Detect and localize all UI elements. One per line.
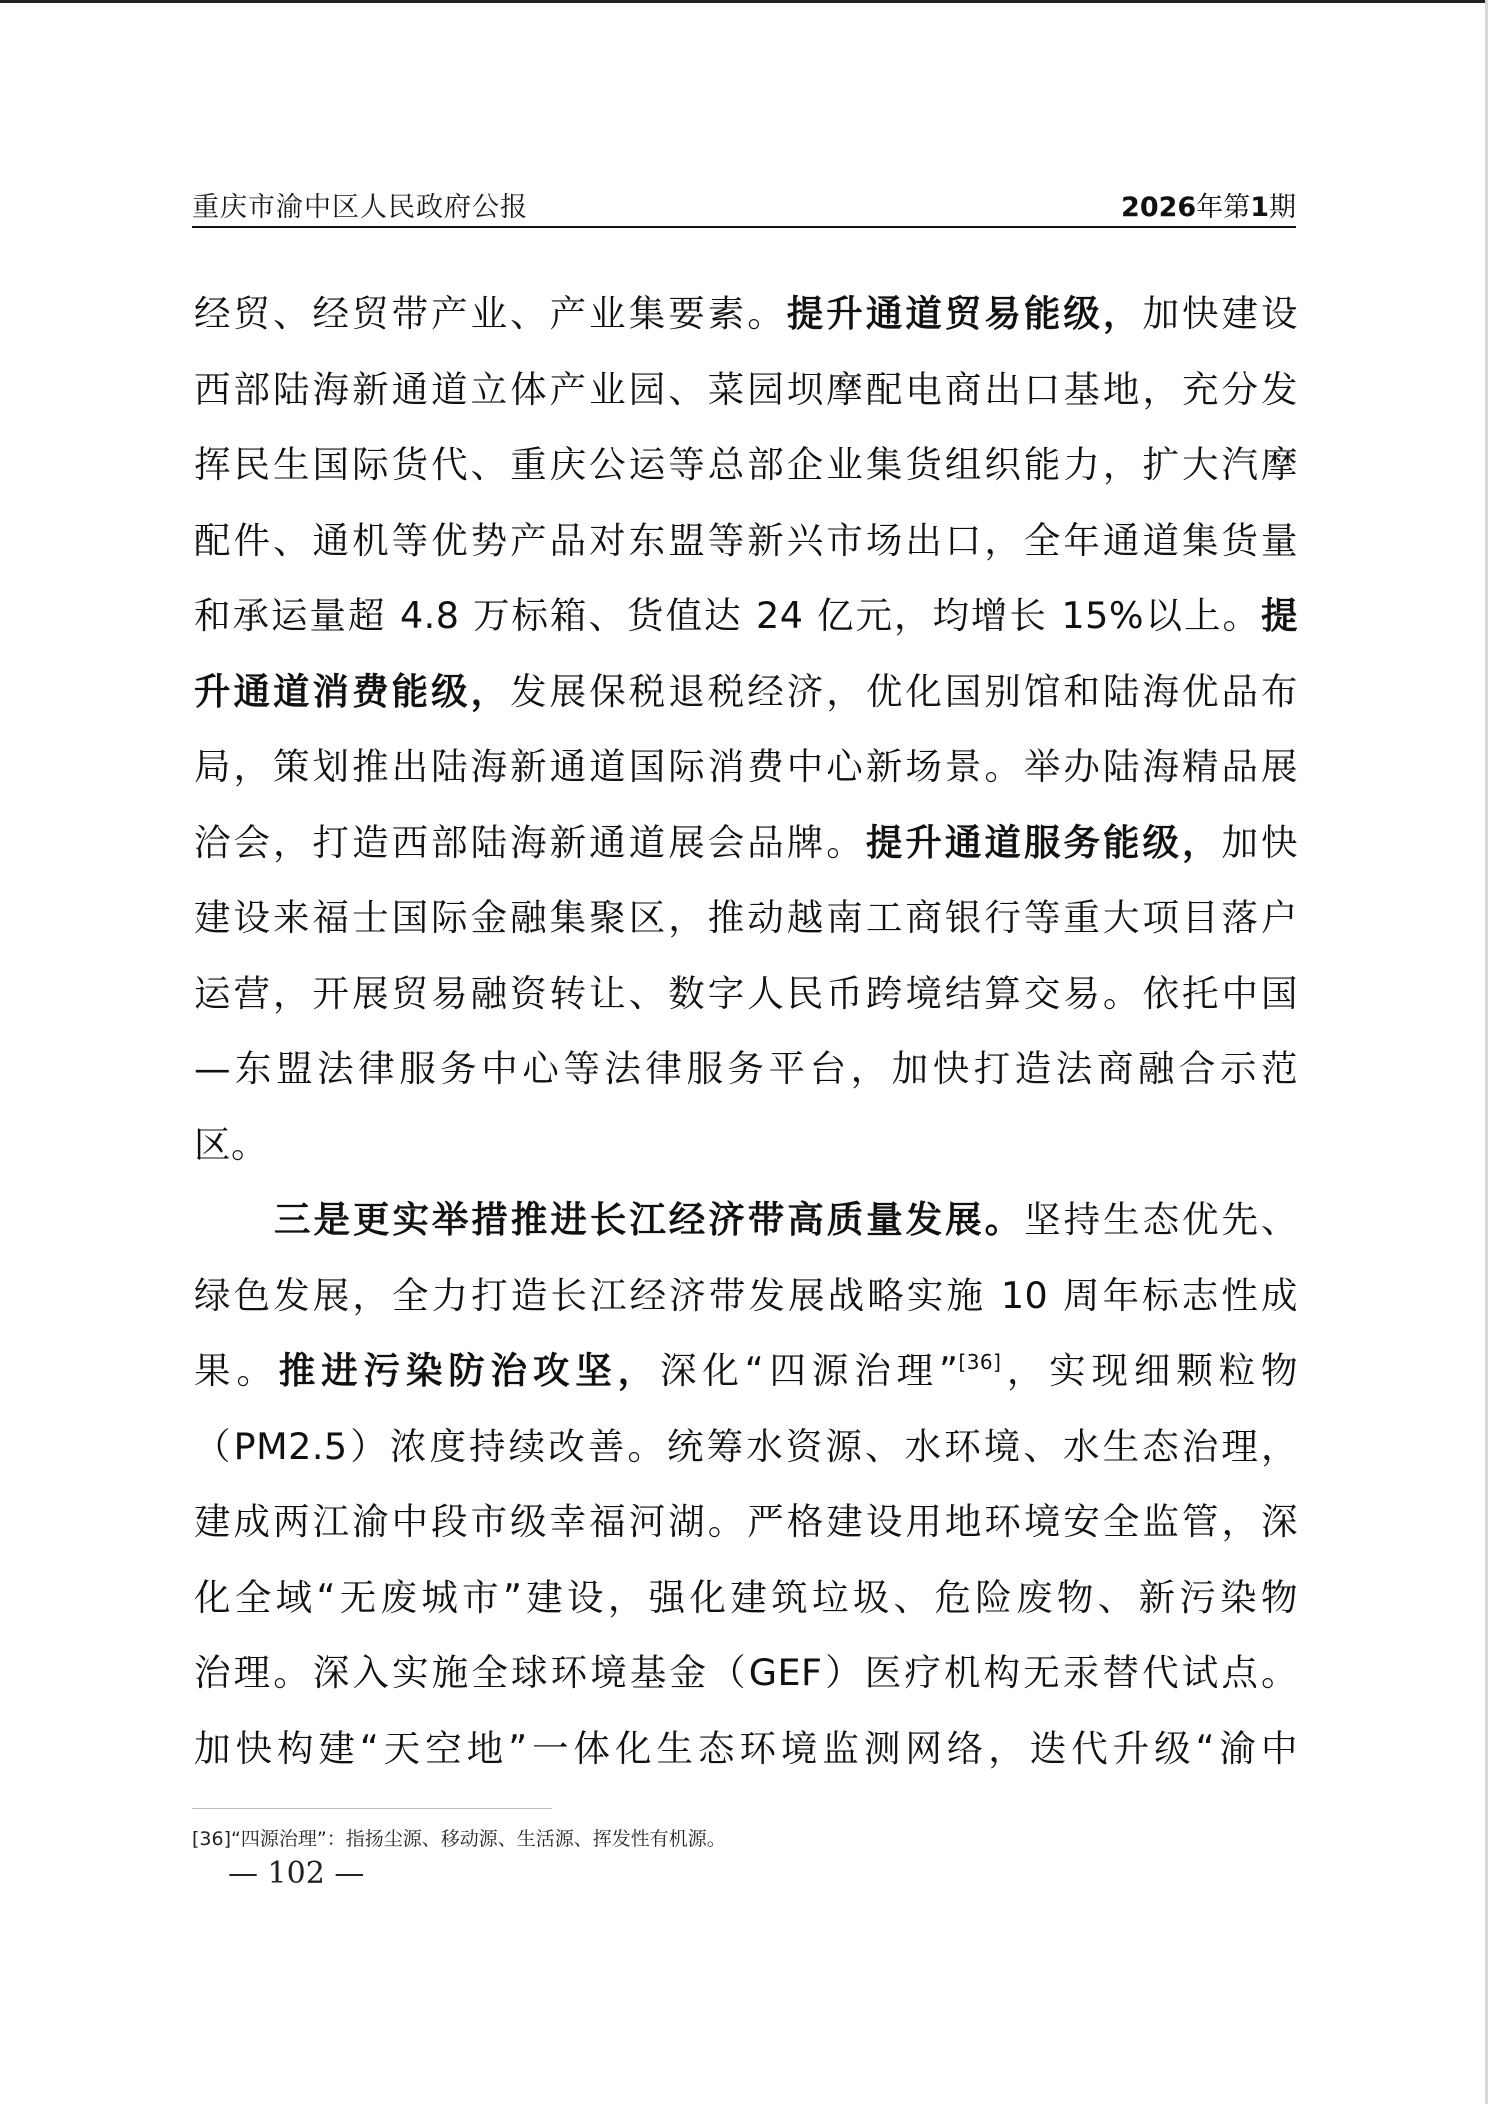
text-segment: —东盟法律服务中心等法律服务平台，加快打造法商融合示范	[194, 1047, 1298, 1090]
text-segment: 局，策划推出陆海新通道国际消费中心新场景。举办陆海精品展	[194, 745, 1298, 788]
text-segment: 运营，开展贸易融资转让、数字人民币跨境结算交易。依托中国	[194, 972, 1298, 1015]
text-line: 加快构建“天空地”一体化生态环境监测网络，迭代升级“渝中	[194, 1711, 1298, 1787]
issue-year-suffix: 年第	[1196, 192, 1250, 223]
text-segment: 洽会，打造西部陆海新通道展会品牌。	[194, 821, 866, 864]
issue-label: 2026年第1期	[1121, 185, 1296, 224]
issue-number: 1	[1250, 192, 1269, 223]
text-line: 区。	[194, 1107, 1298, 1183]
text-segment: 化全域“无废城市”建设，强化建筑垃圾、危险废物、新污染物	[194, 1576, 1298, 1619]
footnote: [36]“四源治理”：指扬尘源、移动源、生活源、挥发性有机源。	[192, 1824, 726, 1851]
bold-heading-segment: 提	[1261, 594, 1298, 637]
bold-heading-segment: 升通道消费能级，	[194, 670, 510, 713]
running-header: 重庆市渝中区人民政府公报 2026年第1期	[192, 178, 1296, 224]
text-segment: 和承运量超 4.8 万标箱、货值达 24 亿元，均增长 15%以上。	[194, 594, 1261, 637]
bold-heading-segment: 三是更实举措推进长江经济带高质量发展。	[274, 1198, 1024, 1241]
bold-heading-segment: 推进污染防治攻坚，	[279, 1349, 660, 1392]
text-line: 和承运量超 4.8 万标箱、货值达 24 亿元，均增长 15%以上。提	[194, 578, 1298, 654]
text-segment: 绿色发展，全力打造长江经济带发展战略实施 10 周年标志性成	[194, 1274, 1298, 1317]
text-segment: 果。	[194, 1349, 279, 1392]
bold-heading-segment: 提升通道贸易能级，	[787, 292, 1143, 335]
text-line: 三是更实举措推进长江经济带高质量发展。坚持生态优先、	[194, 1182, 1298, 1258]
text-line: （PM2.5）浓度持续改善。统筹水资源、水环境、水生态治理，	[194, 1409, 1298, 1485]
text-segment: 建成两江渝中段市级幸福河湖。严格建设用地环境安全监管，深	[194, 1500, 1298, 1543]
text-line: 升通道消费能级，发展保税退税经济，优化国别馆和陆海优品布	[194, 654, 1298, 730]
text-line: —东盟法律服务中心等法律服务平台，加快打造法商融合示范	[194, 1031, 1298, 1107]
text-segment: 建设来福士国际金融集聚区，推动越南工商银行等重大项目落户	[194, 896, 1298, 939]
text-line: 局，策划推出陆海新通道国际消费中心新场景。举办陆海精品展	[194, 729, 1298, 805]
text-line: 建设来福士国际金融集聚区，推动越南工商银行等重大项目落户	[194, 880, 1298, 956]
text-segment: 发展保税退税经济，优化国别馆和陆海优品布	[510, 670, 1298, 713]
text-segment: 加快建设	[1142, 292, 1298, 335]
text-line: 西部陆海新通道立体产业园、菜园坝摩配电商出口基地，充分发	[194, 352, 1298, 428]
text-segment: ，实现细颗粒物	[1001, 1349, 1298, 1392]
text-line: 配件、通机等优势产品对东盟等新兴市场出口，全年通道集货量	[194, 503, 1298, 579]
text-segment: 深化“四源治理”	[660, 1349, 958, 1392]
text-line: 经贸、经贸带产业、产业集要素。提升通道贸易能级，加快建设	[194, 276, 1298, 352]
page-number: — 102 —	[228, 1856, 364, 1891]
text-segment: 区。	[194, 1123, 268, 1166]
text-line: 化全域“无废城市”建设，强化建筑垃圾、危险废物、新污染物	[194, 1560, 1298, 1636]
text-segment: 治理。深入实施全球环境基金（GEF）医疗机构无汞替代试点。	[194, 1651, 1298, 1694]
text-line: 洽会，打造西部陆海新通道展会品牌。提升通道服务能级，加快	[194, 805, 1298, 881]
footnote-marker: [36]	[192, 1828, 231, 1850]
header-rule	[192, 226, 1296, 228]
text-line: 挥民生国际货代、重庆公运等总部企业集货组织能力，扩大汽摩	[194, 427, 1298, 503]
publication-title: 重庆市渝中区人民政府公报	[192, 185, 528, 224]
text-segment: 坚持生态优先、	[1024, 1198, 1298, 1241]
text-segment: 西部陆海新通道立体产业园、菜园坝摩配电商出口基地，充分发	[194, 368, 1298, 411]
text-segment: 加快构建“天空地”一体化生态环境监测网络，迭代升级“渝中	[194, 1727, 1298, 1770]
issue-year: 2026	[1121, 192, 1196, 223]
text-line: 运营，开展贸易融资转让、数字人民币跨境结算交易。依托中国	[194, 956, 1298, 1032]
footnote-text: “四源治理”：指扬尘源、移动源、生活源、挥发性有机源。	[231, 1828, 726, 1850]
text-segment: 配件、通机等优势产品对东盟等新兴市场出口，全年通道集货量	[194, 519, 1298, 562]
text-segment: 加快	[1222, 821, 1299, 864]
text-line: 果。推进污染防治攻坚，深化“四源治理”[36]，实现细颗粒物	[194, 1333, 1298, 1409]
text-line: 治理。深入实施全球环境基金（GEF）医疗机构无汞替代试点。	[194, 1635, 1298, 1711]
text-line: 绿色发展，全力打造长江经济带发展战略实施 10 周年标志性成	[194, 1258, 1298, 1334]
body-text: 经贸、经贸带产业、产业集要素。提升通道贸易能级，加快建设西部陆海新通道立体产业园…	[194, 276, 1298, 1786]
issue-suffix: 期	[1269, 192, 1296, 223]
text-segment: 经贸、经贸带产业、产业集要素。	[194, 292, 787, 335]
text-segment: （PM2.5）浓度持续改善。统筹水资源、水环境、水生态治理，	[194, 1425, 1298, 1468]
text-line: 建成两江渝中段市级幸福河湖。严格建设用地环境安全监管，深	[194, 1484, 1298, 1560]
page-top-border	[0, 0, 1488, 3]
text-segment: 挥民生国际货代、重庆公运等总部企业集货组织能力，扩大汽摩	[194, 443, 1298, 486]
bold-heading-segment: 提升通道服务能级，	[866, 821, 1222, 864]
footnote-reference: [36]	[958, 1350, 1001, 1374]
footnote-separator	[192, 1808, 552, 1809]
